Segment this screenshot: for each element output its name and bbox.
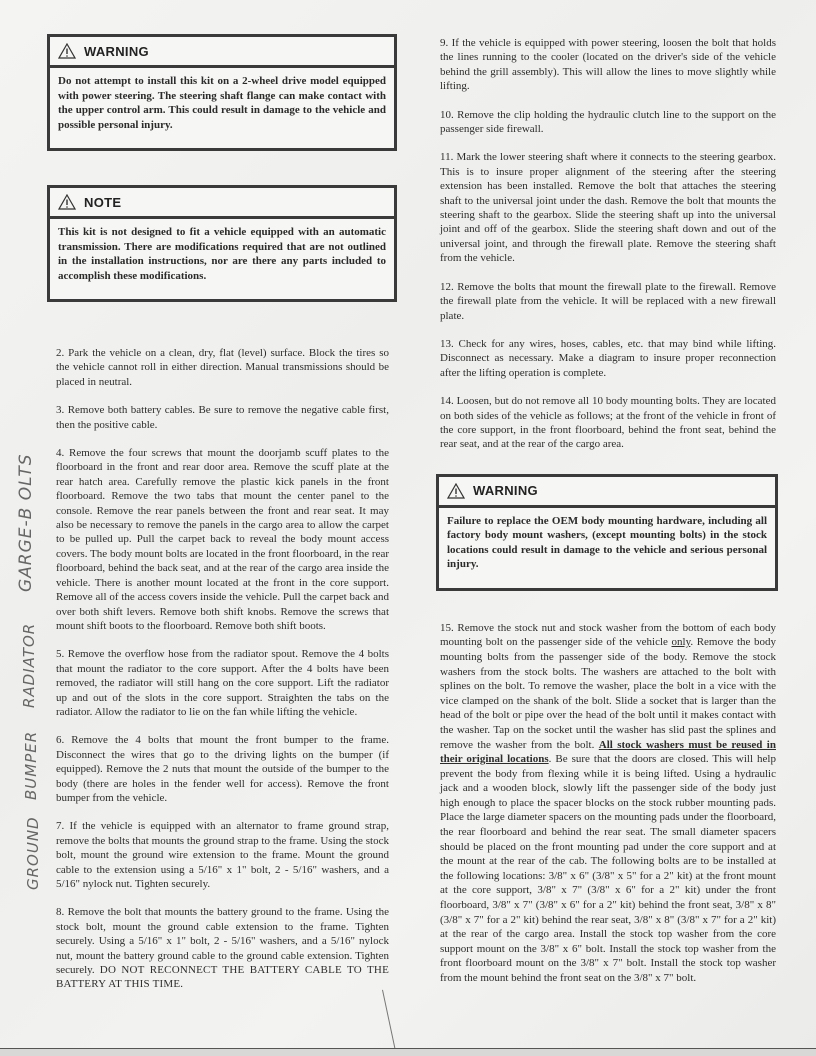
step-11: 11. Mark the lower steering shaft where … (440, 150, 776, 265)
handwritten-note-bumper: BUMPER (22, 731, 40, 800)
left-steps: 2. Park the vehicle on a clean, dry, fla… (47, 346, 389, 992)
step-3: 3. Remove both battery cables. Be sure t… (56, 403, 389, 432)
step-15-part-b: . Remove the body mounting bolts from th… (440, 636, 776, 750)
handwritten-note-ground: GROUND (24, 816, 42, 890)
step-14: 14. Loosen, but do not remove all 10 bod… (440, 394, 776, 452)
step-15-part-c: . Be sure that the doors are closed. Thi… (440, 753, 776, 984)
warning-triangle-icon (58, 194, 76, 210)
step-12: 12. Remove the bolts that mount the fire… (440, 280, 776, 323)
step-7: 7. If the vehicle is equipped with an al… (56, 819, 389, 891)
step-13: 13. Check for any wires, hoses, cables, … (440, 337, 776, 380)
handwritten-note-radiator: RADIATOR (20, 623, 38, 708)
step-8-caution: DO NOT RECONNECT THE BATTERY CABLE TO TH… (56, 964, 389, 990)
step-6: 6. Remove the 4 bolts that mount the fro… (56, 733, 389, 805)
handwritten-note-bolts: GARGE-B OLTS (16, 453, 36, 592)
step-8: 8. Remove the bolt that mounts the batte… (56, 905, 389, 991)
warning-triangle-icon (447, 483, 465, 499)
note-callout-automatic: NOTE This kit is not designed to fit a v… (47, 185, 397, 302)
step-2: 2. Park the vehicle on a clean, dry, fla… (56, 346, 389, 389)
warning-callout-oem-hardware: WARNING Failure to replace the OEM body … (436, 474, 778, 591)
callout-text: Failure to replace the OEM body mounting… (439, 508, 775, 588)
left-column: WARNING Do not attempt to install this k… (47, 34, 397, 1006)
callout-header: WARNING (50, 37, 394, 68)
callout-header: WARNING (439, 477, 775, 508)
step-10: 10. Remove the clip holding the hydrauli… (440, 108, 776, 137)
callout-label: WARNING (473, 483, 538, 498)
step-9: 9. If the vehicle is equipped with power… (440, 36, 776, 94)
right-column: 9. If the vehicle is equipped with power… (440, 36, 776, 1000)
callout-label: NOTE (84, 195, 121, 210)
callout-text: Do not attempt to install this kit on a … (50, 68, 394, 148)
warning-triangle-icon (58, 43, 76, 59)
callout-text: This kit is not designed to fit a vehicl… (50, 219, 394, 299)
warning-callout-2wd: WARNING Do not attempt to install this k… (47, 34, 397, 151)
paper-bottom-edge (0, 1048, 816, 1056)
step-4: 4. Remove the four screws that mount the… (56, 446, 389, 633)
document-page: GARGE-B OLTS RADIATOR BUMPER GROUND WARN… (0, 0, 816, 1056)
step-5: 5. Remove the overflow hose from the rad… (56, 647, 389, 719)
callout-label: WARNING (84, 44, 149, 59)
callout-header: NOTE (50, 188, 394, 219)
step-15-only-emphasis: only (672, 636, 691, 648)
step-15: 15. Remove the stock nut and stock washe… (440, 621, 776, 986)
